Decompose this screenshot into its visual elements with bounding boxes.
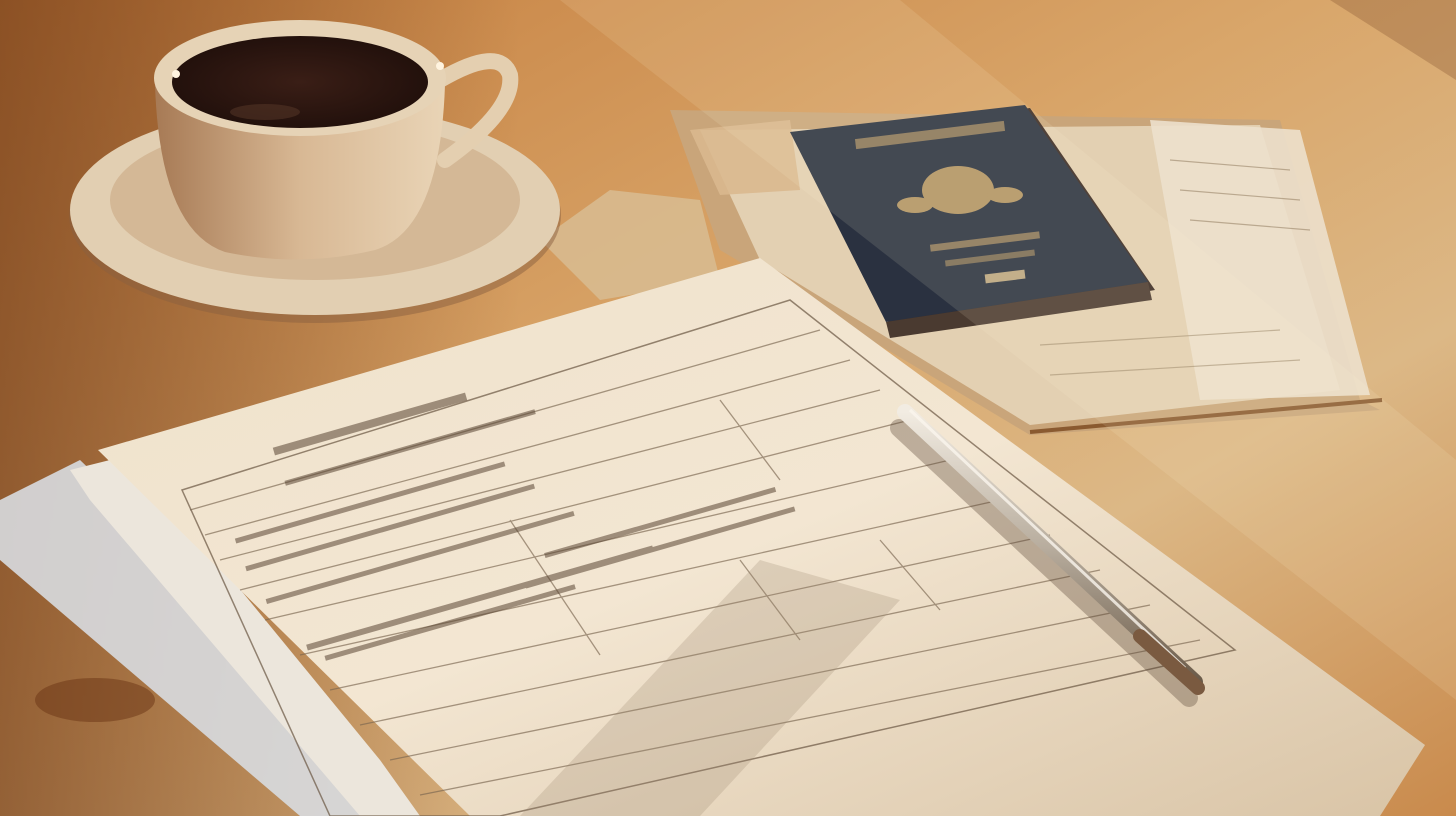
coffee	[172, 36, 428, 128]
scene-illustration	[0, 0, 1456, 816]
desk-scene	[0, 0, 1456, 816]
